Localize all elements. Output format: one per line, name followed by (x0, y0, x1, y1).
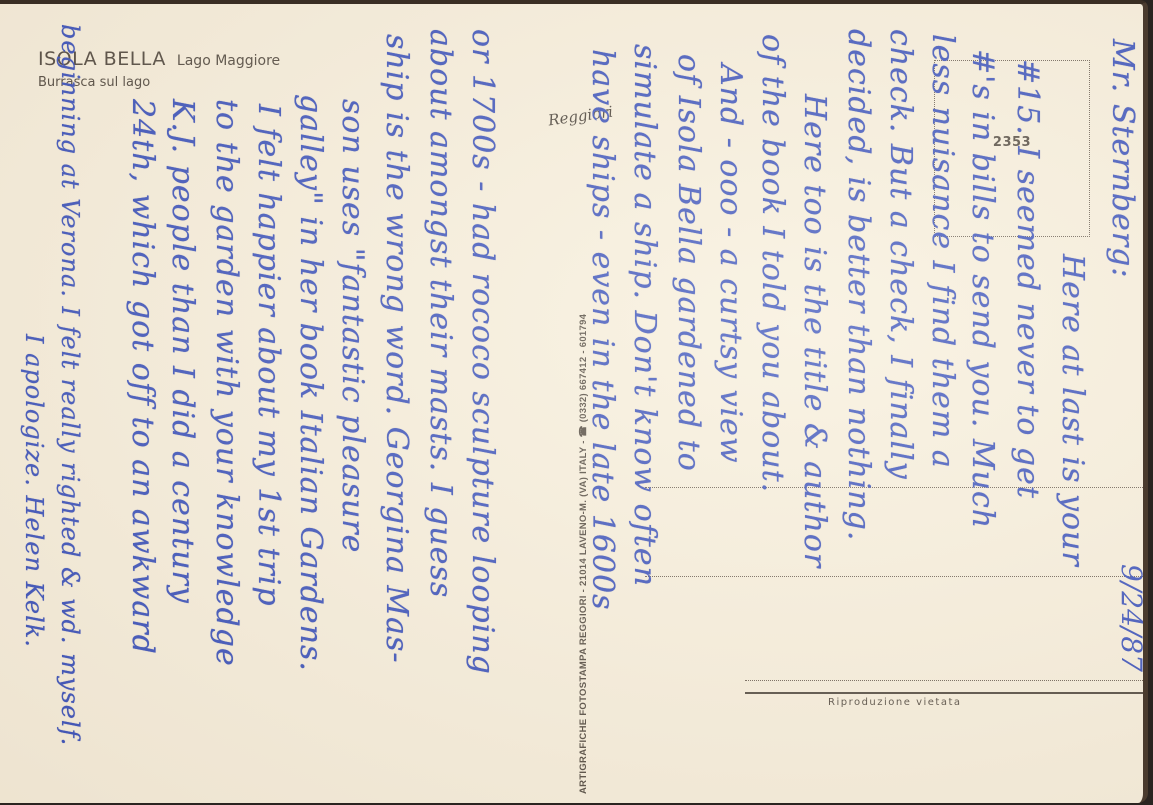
title-location: Lago Maggiore (177, 53, 280, 69)
handwriting-line: about amongst their masts. I guess (423, 29, 458, 598)
handwriting-line: #'s in bills to send you. Much (965, 49, 1000, 529)
address-line-3 (745, 680, 1145, 681)
handwriting-line: beginning at Verona. I felt really right… (56, 24, 84, 746)
handwriting-line: #15. I seemed never to get (1010, 59, 1045, 499)
handwriting-line: of Isola Bella gardened to (671, 54, 706, 472)
address-line-solid (745, 692, 1145, 694)
handwriting-line: K.J. people than I did a century (165, 99, 200, 604)
handwriting-line: galley" in her book Italian Gardens. (293, 94, 328, 672)
handwriting-line: Here too is the title & author (797, 94, 832, 568)
handwriting-line: And - ooo - a curtsy view (713, 64, 748, 464)
handwritten-date: 9/24/87 (1115, 564, 1148, 672)
postcard-back: ISOLA BELLA Lago Maggiore Burrasca sul l… (0, 0, 1148, 803)
handwriting-line: Mr. Sternberg: (1105, 39, 1140, 278)
handwriting-line: decided, is better than nothing. (841, 29, 876, 541)
handwriting-line: simulate a ship. Don't know often (627, 44, 662, 587)
address-line-2 (645, 576, 1145, 577)
handwriting-line: to the garden with your knowledge (209, 99, 244, 667)
handwriting-line: or 1700s - had rococo sculpture looping (465, 29, 500, 675)
handwriting-line: check. But a check, I finally (883, 29, 918, 480)
handwriting-line: 24th, which got off to an awkward (125, 99, 160, 655)
handwriting-line: ship is the wrong word. Georgina Mas- (379, 34, 414, 664)
handwriting-line: son uses "fantastic pleasure (335, 99, 370, 553)
reproduction-notice: Riproduzione vietata (828, 697, 962, 708)
caption: Burrasca sul lago (38, 75, 150, 90)
handwriting-line: of the book I told you about. (755, 34, 790, 493)
handwriting-line: I apologize. Helen Kelk. (20, 334, 48, 648)
handwriting-line: I felt happier about my 1st trip (251, 104, 286, 607)
handwriting-line: Here at last is your (1055, 254, 1090, 567)
handwriting-line: have ships - even in the late 1600s (585, 49, 620, 611)
handwriting-line: less nuisance I find them a (925, 34, 960, 469)
